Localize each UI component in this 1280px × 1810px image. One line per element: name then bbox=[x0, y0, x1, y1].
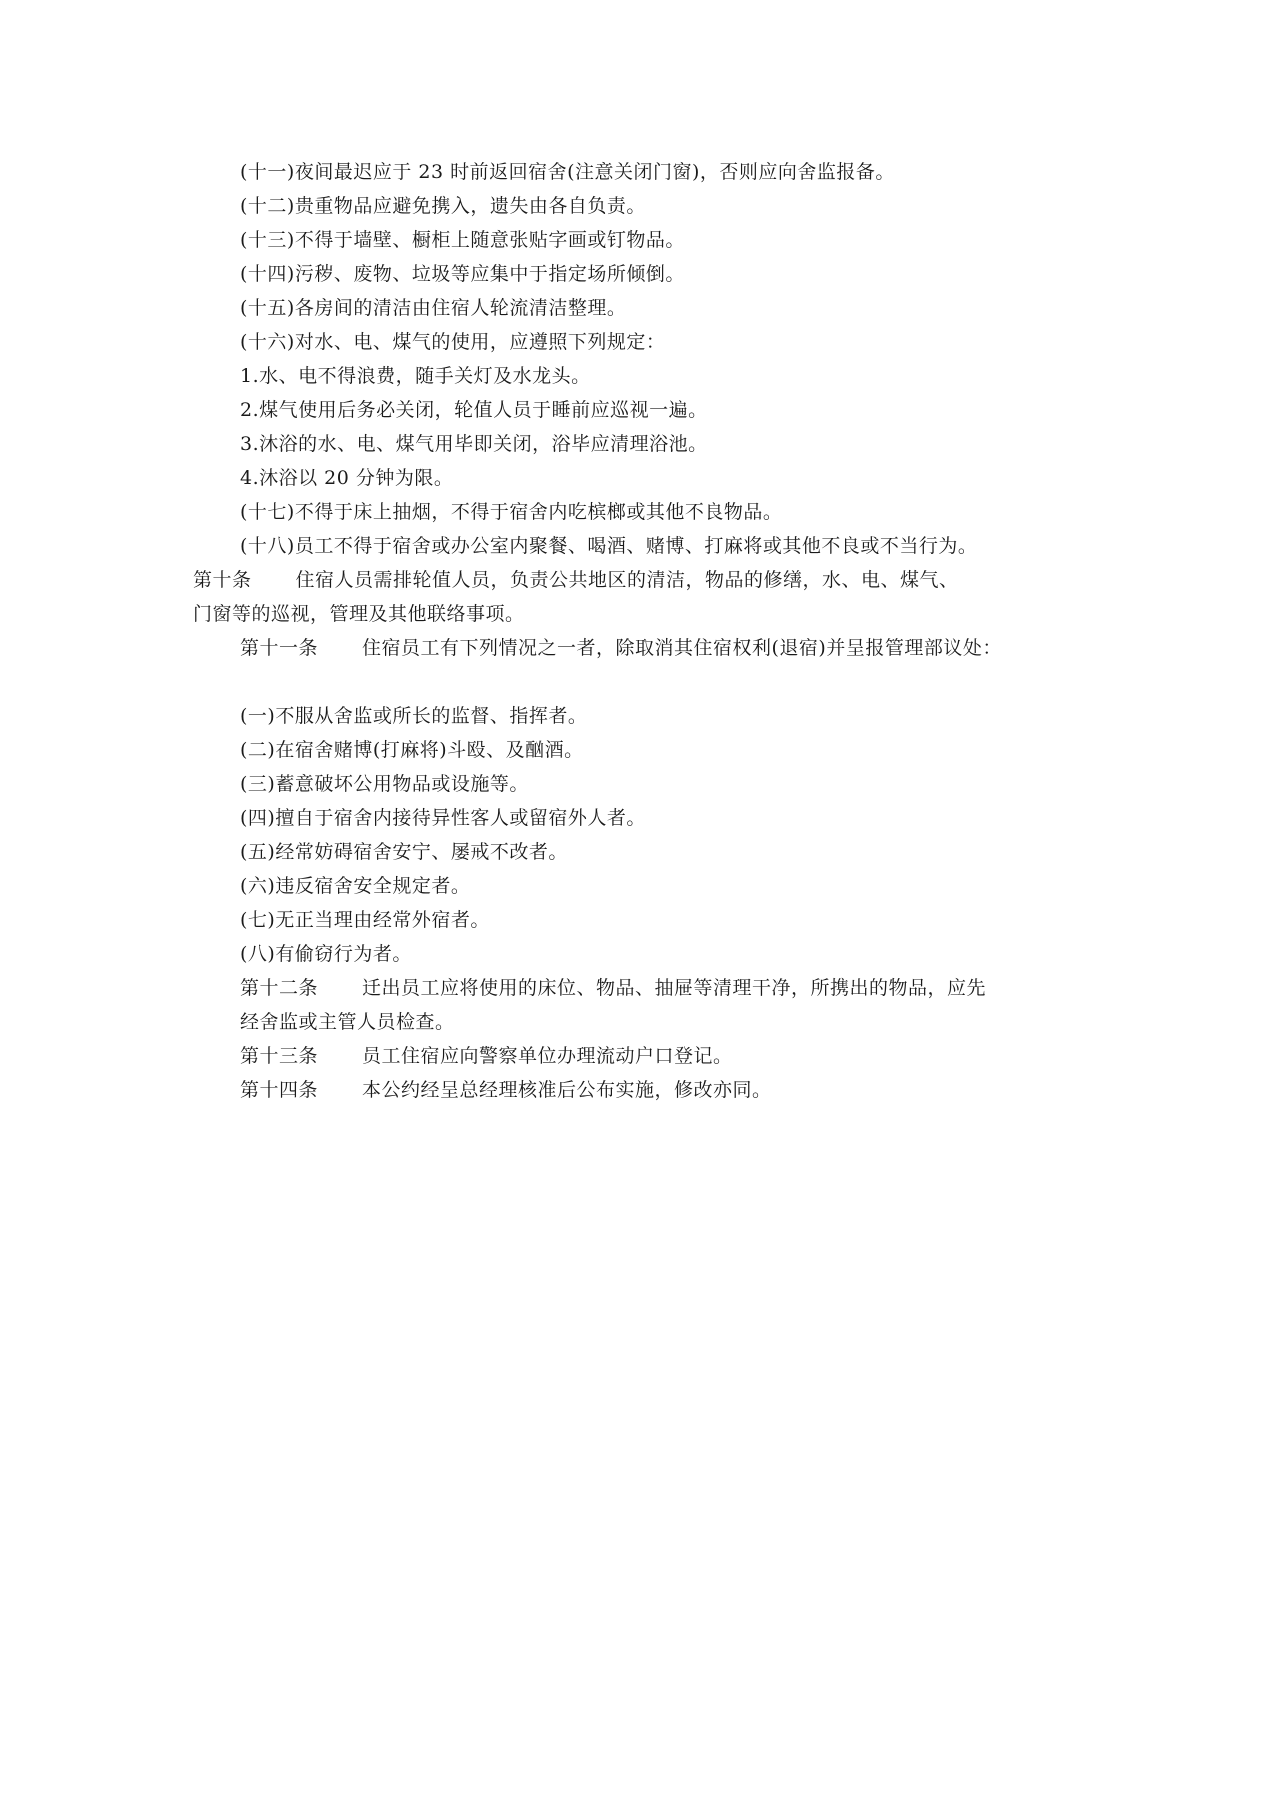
rule-line: 4.沐浴以 20 分钟为限。 bbox=[240, 466, 453, 490]
sub-item: (五)经常妨碍宿舍安宁、屡戒不改者。 bbox=[240, 840, 568, 864]
article-14: 第十四条本公约经呈总经理核准后公布实施，修改亦同。 bbox=[240, 1078, 772, 1102]
sub-item: (二)在宿舍赌博(打麻将)斗殴、及酗酒。 bbox=[240, 738, 584, 762]
article-text: 迁出员工应将使用的床位、物品、抽屉等清理干净，所携出的物品，应先 bbox=[362, 977, 986, 999]
article-11: 第十一条住宿员工有下列情况之一者，除取消其住宿权利(退宿)并呈报管理部议处： bbox=[240, 636, 1002, 660]
rule-line: (十五)各房间的清洁由住宿人轮流清洁整理。 bbox=[240, 296, 626, 320]
article-text: 员工住宿应向警察单位办理流动户口登记。 bbox=[362, 1045, 733, 1067]
sub-item: (六)违反宿舍安全规定者。 bbox=[240, 874, 470, 898]
article-12-cont: 经舍监或主管人员检查。 bbox=[240, 1010, 455, 1034]
sub-item: (八)有偷窃行为者。 bbox=[240, 942, 412, 966]
rule-line: (十七)不得于床上抽烟，不得于宿舍内吃槟榔或其他不良物品。 bbox=[240, 500, 782, 524]
article-13: 第十三条员工住宿应向警察单位办理流动户口登记。 bbox=[240, 1044, 733, 1068]
rule-line: 3.沐浴的水、电、煤气用毕即关闭，浴毕应清理浴池。 bbox=[240, 432, 708, 456]
article-text: 本公约经呈总经理核准后公布实施，修改亦同。 bbox=[362, 1079, 772, 1101]
article-10: 第十条住宿人员需排轮值人员，负责公共地区的清洁，物品的修缮，水、电、煤气、 bbox=[193, 568, 959, 592]
article-label: 第十一条 bbox=[240, 637, 318, 659]
sub-item: (三)蓄意破坏公用物品或设施等。 bbox=[240, 772, 529, 796]
article-label: 第十条 bbox=[193, 569, 252, 591]
sub-item: (七)无正当理由经常外宿者。 bbox=[240, 908, 490, 932]
rule-line: 2.煤气使用后务必关闭，轮值人员于睡前应巡视一遍。 bbox=[240, 398, 708, 422]
article-12: 第十二条迁出员工应将使用的床位、物品、抽屉等清理干净，所携出的物品，应先 bbox=[240, 976, 986, 1000]
sub-item: (四)擅自于宿舍内接待异性客人或留宿外人者。 bbox=[240, 806, 646, 830]
article-label: 第十二条 bbox=[240, 977, 318, 999]
article-label: 第十四条 bbox=[240, 1079, 318, 1101]
article-10-cont: 门窗等的巡视，管理及其他联络事项。 bbox=[193, 602, 525, 626]
rule-line: (十四)污秽、废物、垃圾等应集中于指定场所倾倒。 bbox=[240, 262, 685, 286]
rule-line: (十一)夜间最迟应于 23 时前返回宿舍(注意关闭门窗)，否则应向舍监报备。 bbox=[240, 160, 895, 184]
rule-line: (十二)贵重物品应避免携入，遗失由各自负责。 bbox=[240, 194, 646, 218]
rule-line: (十八)员工不得于宿舍或办公室内聚餐、喝酒、赌博、打麻将或其他不良或不当行为。 bbox=[240, 534, 977, 558]
article-text: 住宿员工有下列情况之一者，除取消其住宿权利(退宿)并呈报管理部议处： bbox=[362, 637, 1002, 659]
rule-line: (十三)不得于墙壁、橱柜上随意张贴字画或钉物品。 bbox=[240, 228, 685, 252]
sub-item: (一)不服从舍监或所长的监督、指挥者。 bbox=[240, 704, 587, 728]
article-text: 住宿人员需排轮值人员，负责公共地区的清洁，物品的修缮，水、电、煤气、 bbox=[296, 569, 959, 591]
rule-line: (十六)对水、电、煤气的使用，应遵照下列规定： bbox=[240, 330, 665, 354]
article-label: 第十三条 bbox=[240, 1045, 318, 1067]
rule-line: 1.水、电不得浪费，随手关灯及水龙头。 bbox=[240, 364, 591, 388]
